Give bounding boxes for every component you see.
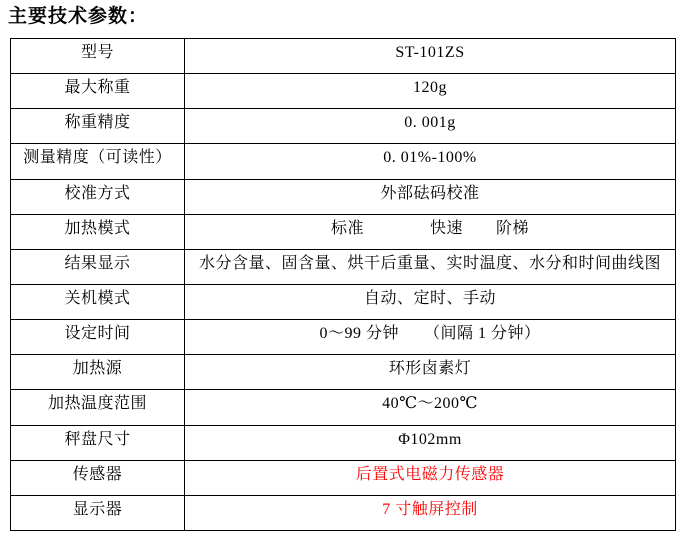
page-title: 主要技术参数：	[8, 1, 148, 28]
table-row: 加热温度范围 40℃～200℃	[11, 390, 676, 425]
table-row: 校准方式 外部砝码校准	[11, 179, 676, 214]
param-value: 环形卤素灯	[185, 355, 676, 390]
param-label: 显示器	[11, 495, 185, 530]
param-label: 校准方式	[11, 179, 185, 214]
param-label: 加热模式	[11, 214, 185, 249]
table-row: 秤盘尺寸 Φ102mm	[11, 425, 676, 460]
param-value: 0～99 分钟 （间隔 1 分钟）	[185, 320, 676, 355]
param-value: 外部砝码校准	[185, 179, 676, 214]
param-value: 0. 001g	[185, 109, 676, 144]
table-row: 型号 ST-101ZS	[11, 39, 676, 74]
param-label: 加热源	[11, 355, 185, 390]
table-row: 关机模式 自动、定时、手动	[11, 284, 676, 319]
param-label: 加热温度范围	[11, 390, 185, 425]
param-label: 传感器	[11, 460, 185, 495]
table-row: 设定时间 0～99 分钟 （间隔 1 分钟）	[11, 320, 676, 355]
param-label: 设定时间	[11, 320, 185, 355]
param-label: 结果显示	[11, 249, 185, 284]
table-row: 称重精度 0. 001g	[11, 109, 676, 144]
table-row: 传感器 后置式电磁力传感器	[11, 460, 676, 495]
spec-sheet-page: 主要技术参数： 型号 ST-101ZS 最大称重 120g 称重精度 0. 00…	[0, 0, 679, 538]
param-value: 标准 快速 阶梯	[185, 214, 676, 249]
param-value: ST-101ZS	[185, 39, 676, 74]
param-value: 0. 01%-100%	[185, 144, 676, 179]
table-row: 加热源 环形卤素灯	[11, 355, 676, 390]
param-value: 后置式电磁力传感器	[185, 460, 676, 495]
table-row: 结果显示 水分含量、固含量、烘干后重量、实时温度、水分和时间曲线图	[11, 249, 676, 284]
param-label: 最大称重	[11, 74, 185, 109]
param-label: 测量精度（可读性）	[11, 144, 185, 179]
param-label: 称重精度	[11, 109, 185, 144]
table-row: 测量精度（可读性） 0. 01%-100%	[11, 144, 676, 179]
param-value: 40℃～200℃	[185, 390, 676, 425]
param-label: 型号	[11, 39, 185, 74]
table-row: 显示器 7 寸触屏控制	[11, 495, 676, 530]
spec-table: 型号 ST-101ZS 最大称重 120g 称重精度 0. 001g 测量精度（…	[10, 38, 676, 531]
param-label: 秤盘尺寸	[11, 425, 185, 460]
table-row: 加热模式 标准 快速 阶梯	[11, 214, 676, 249]
param-value: 120g	[185, 74, 676, 109]
param-value: 7 寸触屏控制	[185, 495, 676, 530]
param-value: Φ102mm	[185, 425, 676, 460]
param-value: 水分含量、固含量、烘干后重量、实时温度、水分和时间曲线图	[185, 249, 676, 284]
param-label: 关机模式	[11, 284, 185, 319]
param-value: 自动、定时、手动	[185, 284, 676, 319]
table-row: 最大称重 120g	[11, 74, 676, 109]
